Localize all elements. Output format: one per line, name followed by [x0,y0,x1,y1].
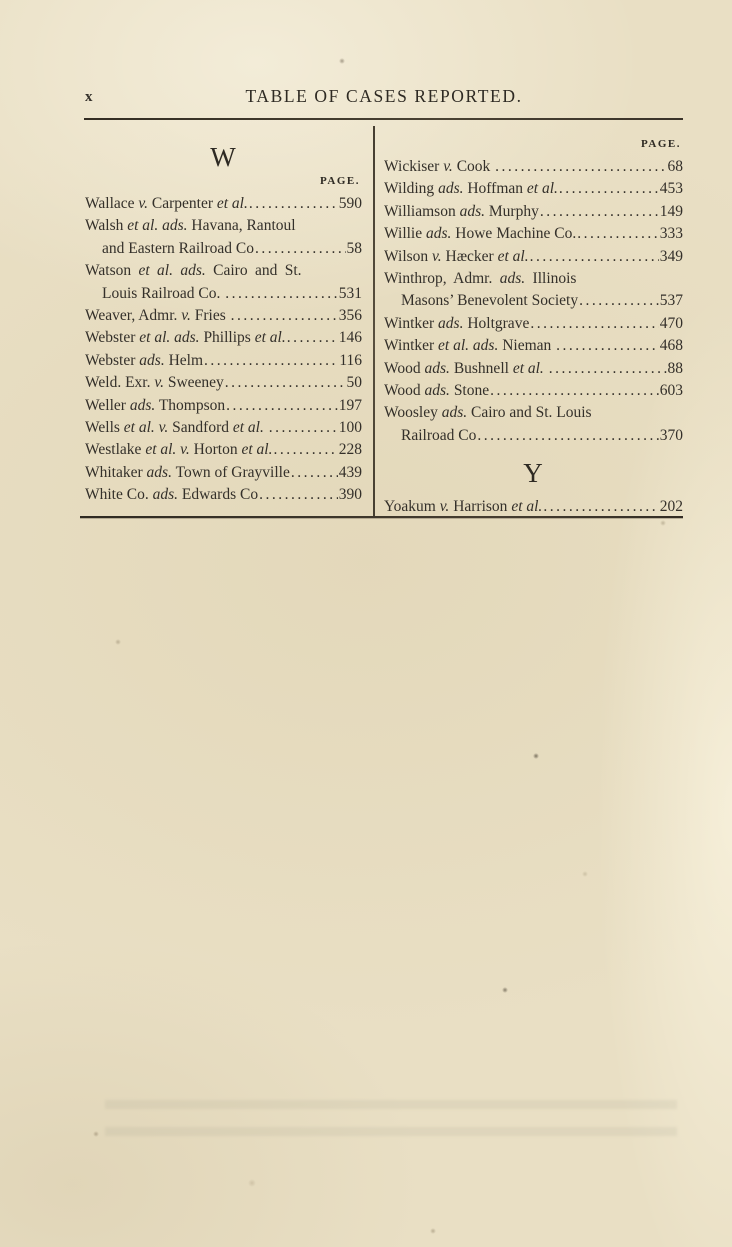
case-entry-line: Wintker ads. Holtgrave470 [384,313,683,335]
case-term-italic: et al. [217,195,248,212]
case-entry: Wallace v. Carpenter et al.590 [85,193,362,215]
case-entry: Woosley ads. Cairo and St. LouisRailroad… [384,402,683,447]
case-entry: Willie ads. Howe Machine Co.333 [384,223,683,245]
case-title: and Eastern Railroad Co [102,238,254,260]
case-name-text: Wintker [384,315,438,332]
page-number: 590 [339,193,362,215]
case-term-italic: et al. [511,498,542,515]
case-entry-line: Watson et al. ads. Cairo and St. [85,260,362,282]
case-entry-line: Weller ads. Thompson197 [85,395,362,417]
case-name-text: Bushnell [450,360,513,377]
folio-number: x [85,89,94,106]
page-number: 603 [660,380,683,402]
page-number: 228 [339,439,362,461]
case-term-italic: ads. [460,203,485,220]
case-title: Wilding ads. Hoffman et al. [384,178,558,200]
case-name-text: Wells [85,419,124,436]
case-title: Wintker et al. ads. Nieman [384,335,555,357]
paper-bleedthrough [105,1100,677,1152]
case-title: Louis Railroad Co. [102,283,224,305]
case-term-italic: ads. [153,486,178,503]
page-number: 100 [339,417,362,439]
case-name-text: Sandford [168,419,233,436]
leader-dots [549,358,667,380]
case-term-italic: ads. [438,315,463,332]
case-entry-line: Whitaker ads. Town of Grayville439 [85,462,362,484]
case-title: White Co. ads. Edwards Co [85,484,258,506]
case-name-text: Fries [191,307,230,324]
case-name-text: Williamson [384,203,460,220]
case-title: Wintker ads. Holtgrave [384,313,529,335]
case-name-text: Weller [85,397,130,414]
case-title: Whitaker ads. Town of Grayville [85,462,290,484]
case-entry-line: Willie ads. Howe Machine Co.333 [384,223,683,245]
case-term-italic: et al. [527,180,558,197]
leader-dots [490,380,659,402]
case-name-text [544,360,548,377]
case-term-italic: ads. [147,464,172,481]
page-number: 453 [660,178,683,200]
case-term-italic: et al. [233,419,264,436]
case-entry-line: Winthrop, Admr. ads. Illinois [384,268,683,290]
case-entry-line: Walsh et al. ads. Havana, Rantoul [85,215,362,237]
column-right: PAGE.Wickiser v. Cook 68Wilding ads. Hof… [384,126,683,516]
case-term-italic: et al. [513,360,544,377]
case-entry: Weld. Exr. v. Sweeney50 [85,372,362,394]
leader-dots [495,156,666,178]
case-entry-line: Railroad Co370 [384,425,683,447]
section-heading-w: W [85,144,362,171]
case-entry: Webster et al. ads. Phillips et al.146 [85,327,362,349]
page-number: 149 [660,201,683,223]
leader-dots [579,290,659,312]
page-number: 370 [660,425,683,447]
page-number: 470 [660,313,683,335]
leader-dots [226,395,338,417]
case-entry: Weaver, Admr. v. Fries 356 [85,305,362,327]
case-name-text: Webster [85,329,139,346]
case-entry-line: Wood ads. Stone603 [384,380,683,402]
case-name-text: Howe Machine Co. [451,225,576,242]
case-name-text: Wintker [384,337,438,354]
case-title: Walsh et al. ads. Havana, Rantoul [85,215,296,237]
page-number: 68 [668,156,684,178]
case-title: Wallace v. Carpenter et al. [85,193,248,215]
case-title: Weaver, Admr. v. Fries [85,305,230,327]
case-entry: Wells et al. v. Sandford et al. 100 [85,417,362,439]
case-term-italic: ads. [426,225,451,242]
case-name-text: Watson [85,262,138,279]
case-entry: Williamson ads. Murphy149 [384,201,683,223]
case-term-italic: ads. [130,397,155,414]
case-name-text: Louis Railroad Co. [102,285,224,302]
case-name-text: Whitaker [85,464,147,481]
column-left: WPAGE.Wallace v. Carpenter et al.590Wals… [85,126,362,516]
page-number: 116 [339,350,362,372]
leader-dots [559,178,659,200]
case-name-text: Town of Grayville [172,464,290,481]
leader-dots [291,462,338,484]
case-term-italic: ads. [425,382,450,399]
case-term-italic: v. [181,307,191,324]
case-term-italic: v. [138,195,148,212]
case-name-text: Westlake [85,441,145,458]
case-entry-line: Wintker et al. ads. Nieman 468 [384,335,683,357]
case-entry-line: and Eastern Railroad Co58 [85,238,362,260]
case-name-text: Railroad Co [401,427,476,444]
case-term-italic: v. [440,498,450,515]
leader-dots [225,283,337,305]
page-number: 333 [660,223,683,245]
case-entry-line: Wickiser v. Cook 68 [384,156,683,178]
leader-dots [530,313,658,335]
case-title: Railroad Co [401,425,476,447]
case-entry-line: Williamson ads. Murphy149 [384,201,683,223]
case-name-text: Edwards Co [178,486,258,503]
footer-rule [80,516,683,518]
header-rule [84,118,683,120]
page-number: 468 [660,335,683,357]
case-entry: Wilding ads. Hoffman et al.453 [384,178,683,200]
leader-dots [540,201,659,223]
book-page: x TABLE OF CASES REPORTED. WPAGE.Wallace… [0,0,732,1247]
page-number: 146 [339,327,362,349]
case-title: Wickiser v. Cook [384,156,494,178]
case-entry: Walsh et al. ads. Havana, Rantouland Eas… [85,215,362,260]
case-term-italic: ads. [139,352,164,369]
case-title: Wood ads. Bushnell et al. [384,358,548,380]
case-entry: Wintker ads. Holtgrave470 [384,313,683,335]
case-name-text: Harrison [449,498,511,515]
case-entry: Whitaker ads. Town of Grayville439 [85,462,362,484]
case-term-italic: et al. [498,248,529,265]
case-name-text: Wilding [384,180,438,197]
case-entry: Westlake et al. v. Horton et al.228 [85,439,362,461]
case-entry: Winthrop, Admr. ads. IllinoisMasons’ Ben… [384,268,683,313]
case-title: Willie ads. Howe Machine Co. [384,223,576,245]
page-header: x TABLE OF CASES REPORTED. [85,86,683,107]
case-index-table: WPAGE.Wallace v. Carpenter et al.590Wals… [85,126,683,516]
case-title: Wilson v. Hæcker et al. [384,246,529,268]
case-name-text: Weaver, Admr. [85,307,181,324]
page-number: 439 [339,462,362,484]
case-entry-line: Weld. Exr. v. Sweeney50 [85,372,362,394]
case-term-italic: et al. [241,441,272,458]
case-term-italic: v. [154,374,164,391]
case-entry-line: Masons’ Benevolent Society537 [384,290,683,312]
page-number: 58 [347,238,363,260]
case-name-text: Cairo and St. [206,262,302,279]
case-name-text: Wickiser [384,158,443,175]
leader-dots [477,425,658,447]
case-term-italic: v. [432,248,442,265]
case-entry: Wood ads. Bushnell et al. 88 [384,358,683,380]
leader-dots [231,305,338,327]
case-title: Wells et al. v. Sandford et al. [85,417,268,439]
case-name-text: Cook [453,158,494,175]
case-name-text: Wallace [85,195,138,212]
page-number: 531 [339,283,362,305]
case-entry-line: Wilding ads. Hoffman et al.453 [384,178,683,200]
leader-dots [249,193,338,215]
page-number: 88 [668,358,684,380]
page-number: 537 [660,290,683,312]
case-name-text: Willie [384,225,426,242]
case-name-text: Horton [190,441,242,458]
leader-dots [287,327,338,349]
case-name-text: Carpenter [148,195,217,212]
leader-dots [204,350,338,372]
case-name-text: Woosley [384,404,442,421]
case-entry: Wintker et al. ads. Nieman 468 [384,335,683,357]
case-entry: Webster ads. Helm116 [85,350,362,372]
leader-dots [577,223,658,245]
case-name-text: Hæcker [442,248,498,265]
case-entry: Watson et al. ads. Cairo and St.Louis Ra… [85,260,362,305]
case-name-text: Havana, Rantoul [188,217,296,234]
column-divider-rule [373,126,375,516]
case-term-italic: et al. v. [145,441,189,458]
leader-dots [269,417,338,439]
case-name-text: Sweeney [164,374,224,391]
case-title: Woosley ads. Cairo and St. Louis [384,402,592,424]
case-entry: Wilson v. Hæcker et al.349 [384,246,683,268]
case-term-italic: et al. ads. [438,337,498,354]
case-entry-line: Wells et al. v. Sandford et al. 100 [85,417,362,439]
case-title: Masons’ Benevolent Society [401,290,578,312]
case-term-italic: ads. [438,180,463,197]
case-title: Watson et al. ads. Cairo and St. [85,260,302,282]
case-name-text [264,419,268,436]
case-entry-line: Westlake et al. v. Horton et al.228 [85,439,362,461]
case-name-text: Stone [450,382,489,399]
case-name-text: and Eastern Railroad Co [102,240,254,257]
case-name-text: White Co. [85,486,153,503]
case-title: Westlake et al. v. Horton et al. [85,439,272,461]
case-name-text: Phillips [200,329,255,346]
case-name-text: Illinois [525,270,576,287]
case-term-italic: v. [443,158,453,175]
case-title: Weller ads. Thompson [85,395,225,417]
case-entry-line: Weaver, Admr. v. Fries 356 [85,305,362,327]
case-entry: Wickiser v. Cook 68 [384,156,683,178]
page-number: 50 [347,372,363,394]
case-name-text: Murphy [485,203,539,220]
case-name-text: Webster [85,352,139,369]
case-entry-line: Wilson v. Hæcker et al.349 [384,246,683,268]
leader-dots [556,335,659,357]
case-term-italic: ads. [425,360,450,377]
case-name-text: Nieman [498,337,555,354]
case-name-text: Hoffman [463,180,526,197]
leader-dots [255,238,346,260]
page-number: 356 [339,305,362,327]
running-title: TABLE OF CASES REPORTED. [85,86,683,107]
case-entry-line: Wallace v. Carpenter et al.590 [85,193,362,215]
leader-dots [259,484,338,506]
case-entry: Weller ads. Thompson197 [85,395,362,417]
case-term-italic: et al. [255,329,286,346]
case-entry-line: Louis Railroad Co. 531 [85,283,362,305]
case-title: Webster et al. ads. Phillips et al. [85,327,286,349]
case-term-italic: ads. [500,270,525,287]
page-number: 390 [339,484,362,506]
case-entry: Wood ads. Stone603 [384,380,683,402]
case-entry-line: Wood ads. Bushnell et al. 88 [384,358,683,380]
case-name-text: Wilson [384,248,432,265]
leader-dots [225,372,346,394]
case-name-text: Walsh [85,217,127,234]
case-title: Williamson ads. Murphy [384,201,539,223]
section-heading-y: Y [384,460,683,487]
case-name-text: Wood [384,360,425,377]
case-title: Winthrop, Admr. ads. Illinois [384,268,576,290]
case-name-text: Wood [384,382,425,399]
case-entry-line: Webster ads. Helm116 [85,350,362,372]
page-number: 349 [660,246,683,268]
case-name-text: Holtgrave [463,315,529,332]
case-entry-line: White Co. ads. Edwards Co390 [85,484,362,506]
page-number: 197 [339,395,362,417]
case-name-text: Masons’ Benevolent Society [401,292,578,309]
case-name-text: Yoakum [384,498,440,515]
case-term-italic: et al. ads. [139,329,199,346]
case-name-text: Thompson [155,397,225,414]
case-name-text: Cairo and St. Louis [467,404,591,421]
case-term-italic: et al. ads. [138,262,205,279]
case-entry-line: Woosley ads. Cairo and St. Louis [384,402,683,424]
case-term-italic: et al. ads. [127,217,187,234]
page-column-label: PAGE. [384,138,681,150]
page-column-label: PAGE. [85,175,360,187]
case-entry: White Co. ads. Edwards Co390 [85,484,362,506]
case-title: Webster ads. Helm [85,350,203,372]
leader-dots [530,246,659,268]
case-term-italic: et al. v. [124,419,168,436]
case-term-italic: ads. [442,404,467,421]
case-title: Wood ads. Stone [384,380,489,402]
case-name-text: Winthrop, Admr. [384,270,500,287]
case-title: Weld. Exr. v. Sweeney [85,372,224,394]
case-name-text: Helm [165,352,203,369]
case-entry-line: Webster et al. ads. Phillips et al.146 [85,327,362,349]
leader-dots [273,439,337,461]
case-name-text: Weld. Exr. [85,374,154,391]
